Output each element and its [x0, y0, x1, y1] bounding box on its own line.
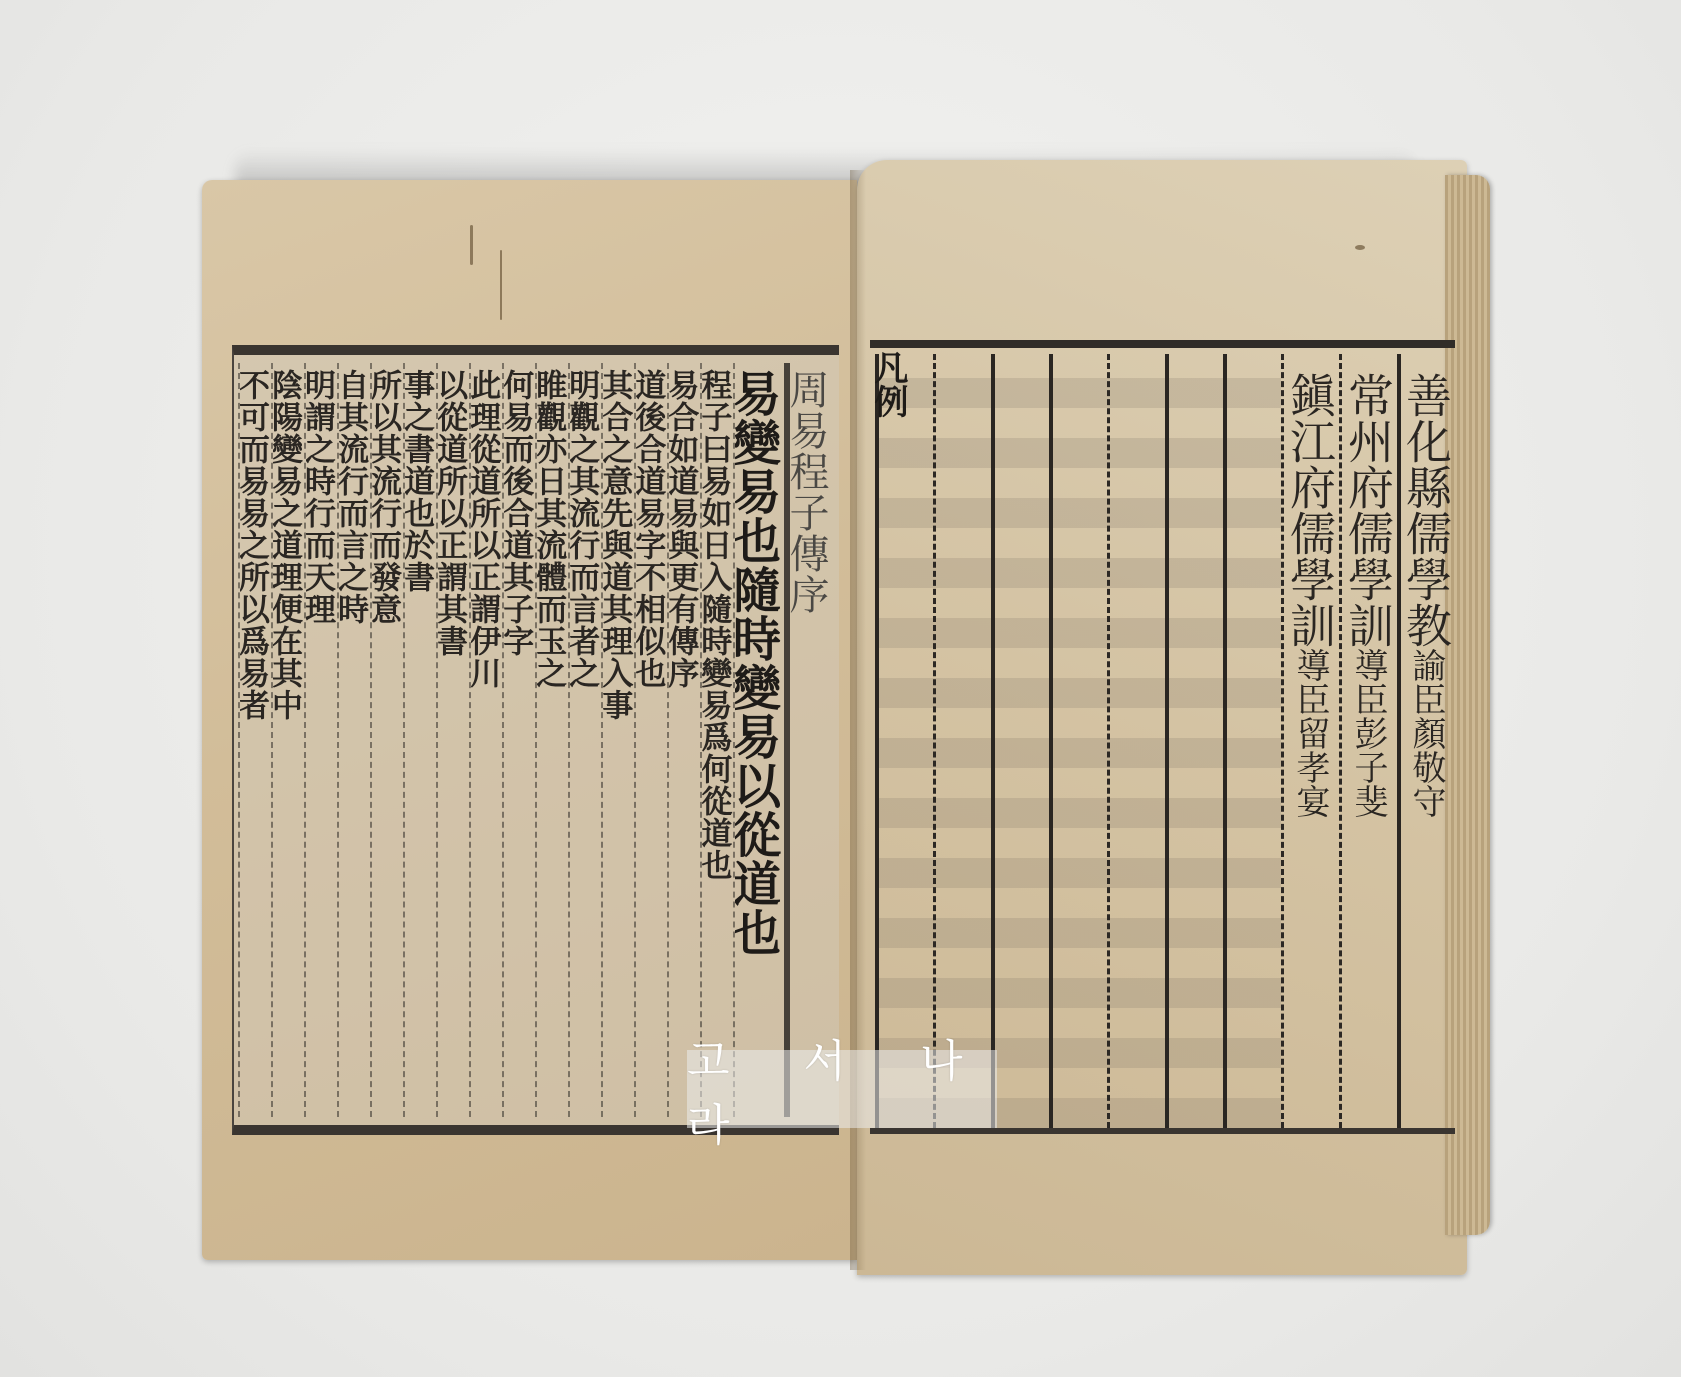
text-column: 所以其流行而發意 — [370, 363, 403, 1117]
text-column: 程子曰易如日入隨時變易爲何從道也 — [700, 363, 733, 1117]
credit-sub: 諭臣顏 — [1406, 648, 1446, 750]
text-column: 何易而後合道其子字 — [502, 363, 535, 1117]
faded-column — [1049, 354, 1107, 1128]
title-column: 周易程子傳序 — [784, 363, 835, 1117]
text-column: 以從道所以正謂其書 — [436, 363, 469, 1117]
credit-end: 敬守 — [1406, 750, 1446, 818]
credit-sub: 導臣留 — [1290, 648, 1330, 750]
credit-main: 鎭江府儒學訓 — [1283, 372, 1337, 648]
text-column: 自其流行而言之時 — [337, 363, 370, 1117]
paper-stain — [1355, 245, 1365, 250]
credit-main: 常州府儒學訓 — [1341, 372, 1395, 648]
text-column: 明謂之時行而天理 — [304, 363, 337, 1117]
credit-column: 善化縣儒學教諭臣顏敬守 — [1397, 354, 1455, 1128]
text-column: 不可而易易之所以爲易者 — [238, 363, 271, 1117]
text-column: 事之書道也於書 — [403, 363, 436, 1117]
credit-sub: 導臣彭 — [1348, 648, 1388, 750]
faded-column — [991, 354, 1049, 1128]
faded-column — [933, 354, 991, 1128]
credit-column: 鎭江府儒學訓導臣留孝宴 — [1281, 354, 1339, 1128]
right-text-block: 善化縣儒學教諭臣顏敬守 常州府儒學訓導臣彭子斐 鎭江府儒學訓導臣留孝宴 — [870, 340, 1455, 1134]
watermark: 고 서 나 라 — [687, 1050, 997, 1128]
heading-column: 易變易也隨時變易以從道也 — [733, 363, 784, 1117]
text-column: 其合之意先與道其理入事 — [601, 363, 634, 1117]
text-column: 陰陽變易之道理便在其中 — [271, 363, 304, 1117]
text-column: 明觀之其流行而言者之 — [568, 363, 601, 1117]
paper-stain — [500, 250, 502, 320]
text-column: 道後合道易字不相似也 — [634, 363, 667, 1117]
faded-column — [1107, 354, 1165, 1128]
credit-column: 常州府儒學訓導臣彭子斐 — [1339, 354, 1397, 1128]
right-columns: 善化縣儒學教諭臣顏敬守 常州府儒學訓導臣彭子斐 鎭江府儒學訓導臣留孝宴 — [870, 354, 1455, 1128]
left-columns: 周易程子傳序 易變易也隨時變易以從道也 程子曰易如日入隨時變易爲何從道也 易合如… — [234, 363, 839, 1117]
credit-main: 善化縣儒學教 — [1399, 372, 1453, 648]
credit-end: 孝宴 — [1290, 750, 1330, 818]
credit-end: 子斐 — [1348, 750, 1388, 818]
faded-column — [875, 354, 933, 1128]
section-label: 凡例 — [868, 350, 908, 418]
text-column: 易合如道易與更有傳序 — [667, 363, 700, 1117]
faded-column — [1165, 354, 1223, 1128]
faded-column — [1223, 354, 1281, 1128]
left-text-block: 周易程子傳序 易變易也隨時變易以從道也 程子曰易如日入隨時變易爲何從道也 易合如… — [232, 345, 839, 1135]
text-column: 此理從道所以正謂伊川 — [469, 363, 502, 1117]
paper-stain — [470, 225, 473, 265]
text-column: 睢觀亦日其流體而玉之 — [535, 363, 568, 1117]
